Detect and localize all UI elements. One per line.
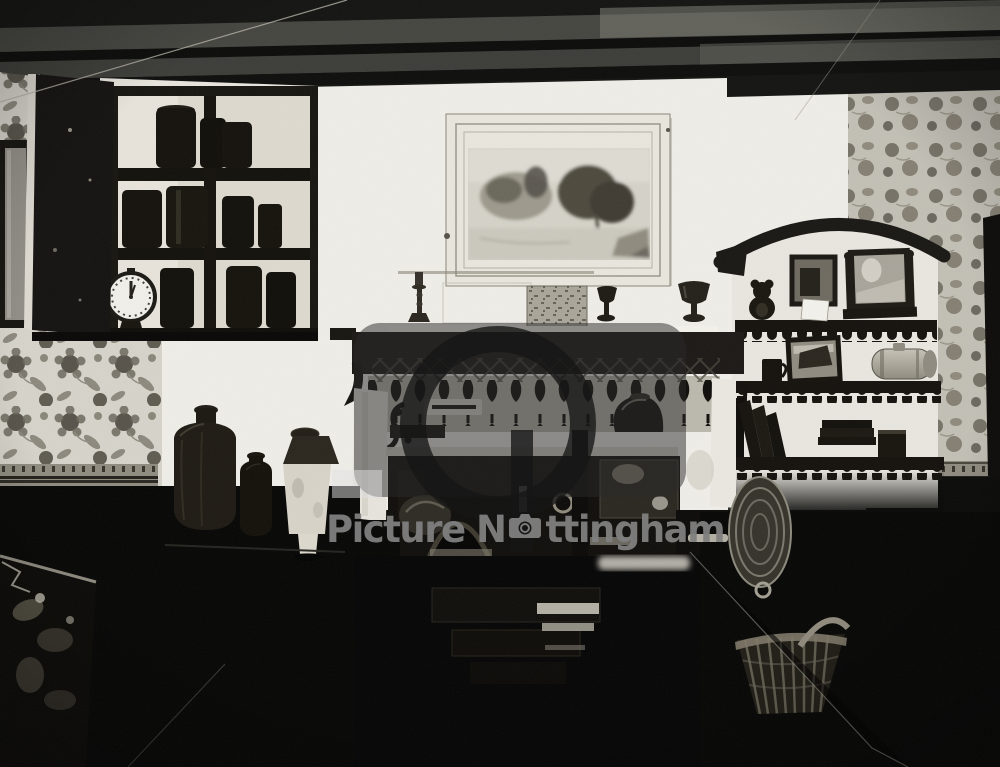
watermark-text: Picture N ttingham bbox=[326, 504, 724, 548]
watermark-text-right: ttingham bbox=[545, 511, 724, 548]
photo-print: Picture N ttingham bbox=[0, 0, 1000, 767]
logo-tab bbox=[332, 470, 382, 498]
camera-icon bbox=[508, 508, 542, 545]
watermark-text-left: Picture N bbox=[326, 511, 505, 548]
photograph-scene bbox=[0, 0, 1000, 767]
